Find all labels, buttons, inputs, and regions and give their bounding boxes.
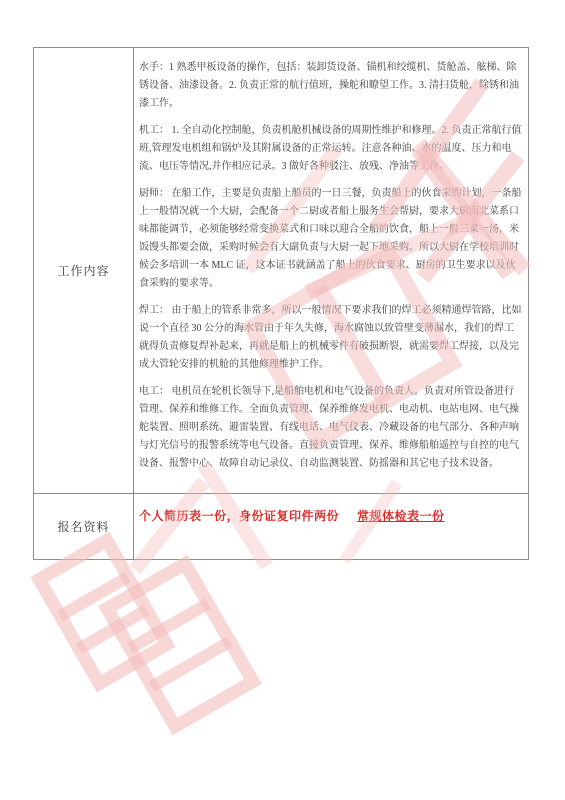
paragraph-welder: 焊工： 由于船上的管系非常多，所以一般情况下要求我们的焊工必须精通焊管路，比如说… [139, 302, 523, 374]
registration-label-cell: 报名资料 [34, 494, 134, 559]
document-table: 工作内容 水手：1 熟悉甲板设备的操作，包括：装卸货设备、锚机和绞缆机、货舱盖、… [33, 47, 529, 560]
registration-content-cell: 个人简历表一份，身份证复印件两份常规体检表一份 [134, 494, 528, 559]
paragraph-electrician: 电工： 电机员在轮机长领导下,是船舶电机和电气设备的负责人。负责对所管设备进行管… [139, 383, 523, 473]
paragraph-sailor: 水手：1 熟悉甲板设备的操作，包括：装卸货设备、锚机和绞缆机、货舱盖、舷梯、除锈… [139, 59, 523, 113]
paragraph-cook: 厨师： 在船工作，主要是负责船上船员的一日三餐，负责船上的伙食采购计划，一条船上… [139, 185, 523, 293]
document-page: 工作内容 水手：1 熟悉甲板设备的操作，包括：装卸货设备、锚机和绞缆机、货舱盖、… [0, 0, 565, 800]
work-content-cell: 水手：1 熟悉甲板设备的操作，包括：装卸货设备、锚机和绞缆机、货舱盖、舷梯、除锈… [134, 48, 528, 494]
registration-item-underlined: 常规体检表一份 [357, 509, 445, 523]
work-content-label-cell: 工作内容 [34, 48, 134, 494]
registration-label: 报名资料 [57, 518, 109, 535]
paragraph-motorman: 机工： 1. 全自动化控制舱，负责机舱机械设备的周期性维护和修理。2. 负责正常… [139, 122, 523, 176]
registration-items: 个人简历表一份，身份证复印件两份 [139, 509, 339, 523]
work-content-label: 工作内容 [57, 262, 109, 279]
